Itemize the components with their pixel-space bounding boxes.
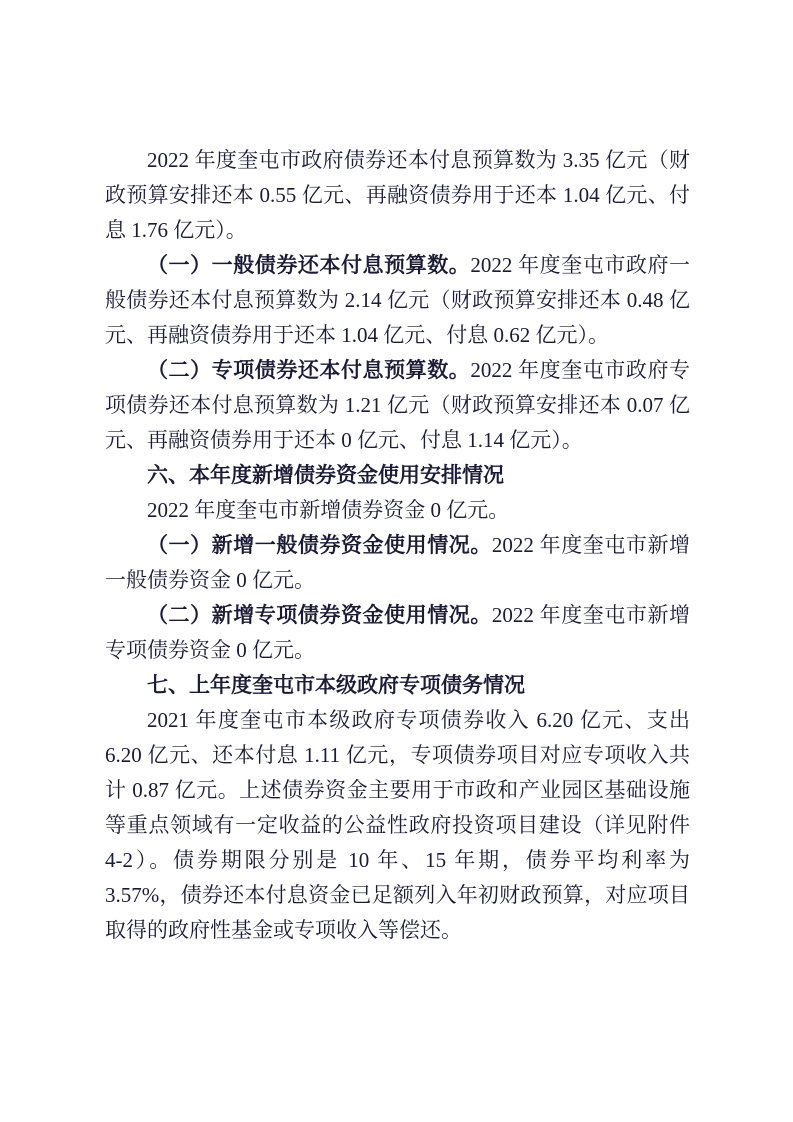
paragraph-text: 六、本年度新增债券资金使用安排情况 (147, 464, 504, 487)
paragraph-text: 七、上年度奎屯市本级政府专项债务情况 (147, 674, 525, 697)
paragraph: （二）新增专项债券资金使用情况。2022 年度奎屯市新增专项债券资金 0 亿元。 (105, 598, 690, 668)
document-body: 2022 年度奎屯市政府债券还本付息预算数为 3.35 亿元（财政预算安排还本 … (105, 143, 690, 948)
paragraph-text: 2022 年度奎屯市新增债券资金 0 亿元。 (147, 498, 509, 522)
paragraph: 2022 年度奎屯市政府债券还本付息预算数为 3.35 亿元（财政预算安排还本 … (105, 143, 690, 248)
paragraph-lead: （一）新增一般债券资金使用情况。 (147, 533, 492, 557)
section-heading: 六、本年度新增债券资金使用安排情况 (105, 458, 690, 493)
document-page: 2022 年度奎屯市政府债券还本付息预算数为 3.35 亿元（财政预算安排还本 … (0, 0, 793, 1122)
paragraph: （一）一般债券还本付息预算数。2022 年度奎屯市政府一般债券还本付息预算数为 … (105, 248, 690, 353)
paragraph: 2021 年度奎屯市本级政府专项债券收入 6.20 亿元、支出 6.20 亿元、… (105, 703, 690, 948)
paragraph-lead: （二）新增专项债券资金使用情况。 (147, 603, 492, 627)
paragraph: 2022 年度奎屯市新增债券资金 0 亿元。 (105, 493, 690, 528)
paragraph-text: 2021 年度奎屯市本级政府专项债券收入 6.20 亿元、支出 6.20 亿元、… (105, 708, 690, 942)
paragraph-lead: （二）专项债券还本付息预算数。 (147, 358, 470, 382)
paragraph-text: 2022 年度奎屯市政府债券还本付息预算数为 3.35 亿元（财政预算安排还本 … (105, 148, 690, 242)
paragraph: （一）新增一般债券资金使用情况。2022 年度奎屯市新增一般债券资金 0 亿元。 (105, 528, 690, 598)
paragraph: （二）专项债券还本付息预算数。2022 年度奎屯市政府专项债券还本付息预算数为 … (105, 353, 690, 458)
section-heading: 七、上年度奎屯市本级政府专项债务情况 (105, 668, 690, 703)
paragraph-lead: （一）一般债券还本付息预算数。 (147, 253, 470, 277)
